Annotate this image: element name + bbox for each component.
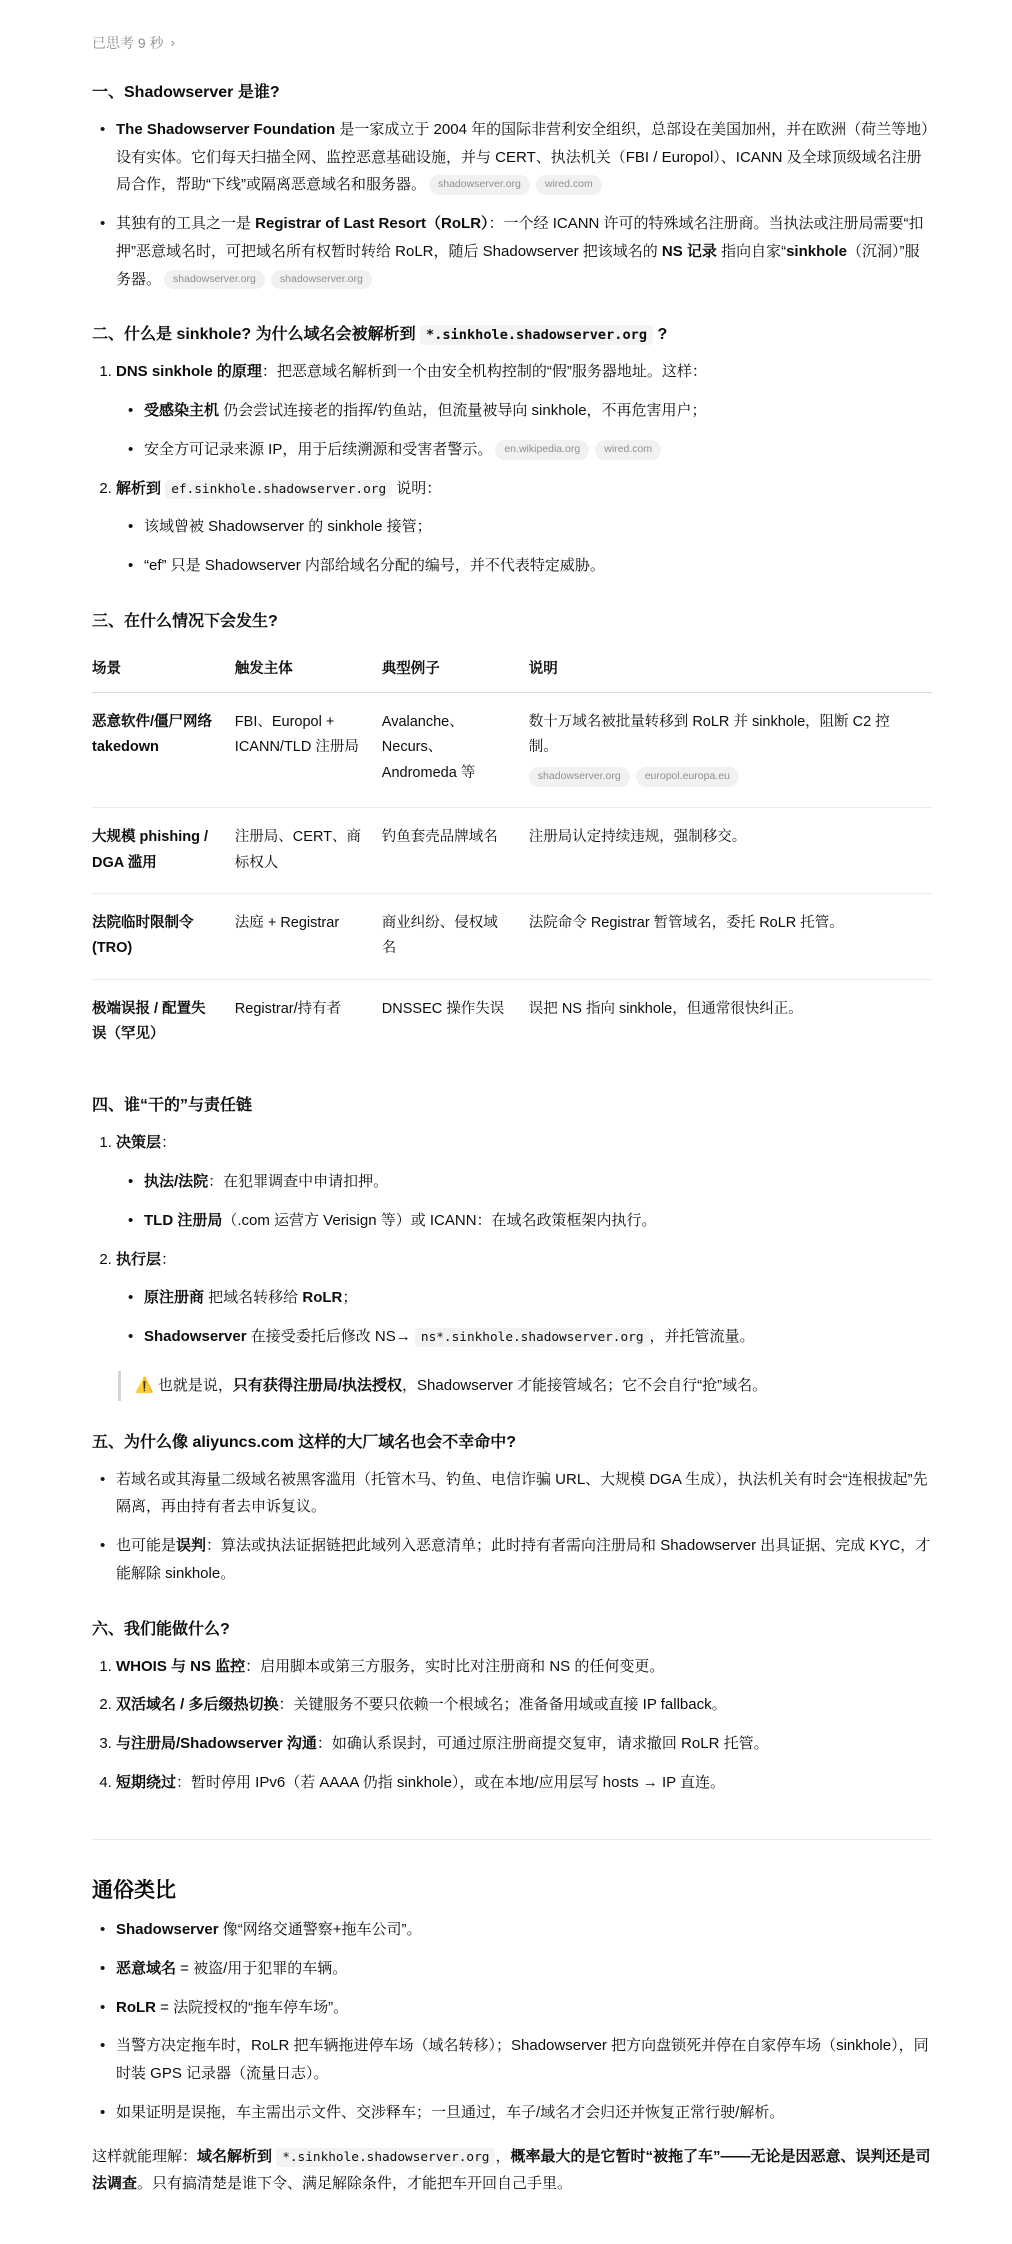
text-run: 把域名转移给 — [204, 1289, 302, 1306]
table-cell: 钓鱼套壳品牌域名 — [382, 808, 529, 894]
text-run: 该域曾被 Shadowserver 的 sinkhole 接管； — [144, 518, 432, 535]
list-item: The Shadowserver Foundation 是一家成立于 2004 … — [116, 116, 932, 199]
sub-list-item: 该域曾被 Shadowserver 的 sinkhole 接管； — [144, 513, 932, 541]
text-run: ，Shadowserver 才能接管域名；它不会自行“抢”域名。 — [402, 1377, 767, 1394]
thinking-label: 已思考 9 秒 — [92, 31, 164, 57]
text-run: 。只有搞清楚是谁下令、满足解除条件，才能把车开回自己手里。 — [137, 2175, 572, 2192]
text-run: ：如确认系误封，可通过原注册商提交复审，请求撤回 RoLR 托管。 — [317, 1735, 769, 1752]
text-run: 当警方决定拖车时，RoLR 把车辆拖进停车场（域名转移）；Shadowserve… — [116, 2037, 929, 2082]
bold-text: 误判 — [176, 1537, 206, 1554]
text-run: 法院命令 Registrar 暂管域名，委托 RoLR 托管。 — [529, 915, 844, 931]
text-run: ， — [495, 2148, 510, 2165]
text-run: ，并托管流量。 — [650, 1328, 755, 1345]
sub-list-item: “ef” 只是 Shadowserver 内部给域名分配的编号，并不代表特定威胁… — [144, 552, 932, 580]
text-run: ； — [342, 1289, 357, 1306]
bold-text: Shadowserver — [144, 1328, 247, 1345]
text-run: 钓鱼套壳品牌域名 — [382, 829, 498, 845]
text-run: 六、我们能做什么? — [92, 1621, 230, 1638]
text-run: ：把恶意域名解析到一个由安全机构控制的“假”服务器地址。这样： — [262, 363, 707, 380]
code-span: *.sinkhole.shadowserver.org — [420, 325, 653, 345]
bold-text: 决策层 — [116, 1134, 161, 1151]
list-item: 短期绕过：暂时停用 IPv6（若 AAAA 仍指 sinkhole），或在本地/… — [116, 1769, 932, 1797]
text-run: （.com 运营方 Verisign 等）或 ICANN：在域名政策框架内执行。 — [222, 1212, 656, 1229]
list-item: 解析到 ef.sinkhole.shadowserver.org 说明：该域曾被… — [116, 475, 932, 580]
bullet-list: 若域名或其海量二级域名被黑客滥用（托管木马、钓鱼、电信诈骗 URL、大规模 DG… — [92, 1466, 932, 1588]
sub-bullet-list: 受感染主机 仍会尝试连接老的指挥/钓鱼站，但流量被导向 sinkhole，不再危… — [116, 397, 932, 464]
table-cell: 极端误报 / 配置失误（罕见） — [92, 979, 235, 1064]
text-run: 法庭 + Registrar — [235, 915, 339, 931]
sub-list-item: 原注册商 把域名转移给 RoLR； — [144, 1284, 932, 1312]
bold-text: 域名解析到 — [197, 2148, 272, 2165]
text-run: Avalanche、Necurs、Andromeda 等 — [382, 714, 476, 781]
section-heading: 一、Shadowserver 是谁? — [92, 81, 932, 105]
text-run: DNSSEC 操作失误 — [382, 1001, 504, 1017]
citation-badge[interactable]: wired.com — [595, 440, 661, 460]
sub-bullet-list: 执法/法院：在犯罪调查中申请扣押。TLD 注册局（.com 运营方 Verisi… — [116, 1168, 932, 1235]
table-cell: DNSSEC 操作失误 — [382, 979, 529, 1064]
text-run: 若域名或其海量二级域名被黑客滥用（托管木马、钓鱼、电信诈骗 URL、大规模 DG… — [116, 1471, 928, 1516]
chevron-right-icon: › — [171, 31, 175, 55]
text-run: 二、什么是 sinkhole? 为什么域名会被解析到 — [92, 326, 420, 343]
table-cell: 数十万域名被批量转移到 RoLR 并 sinkhole，阻断 C2 控制。sha… — [529, 693, 932, 808]
table-row: 法院临时限制令 (TRO)法庭 + Registrar商业纠纷、侵权域名法院命令… — [92, 893, 932, 979]
divider — [92, 1839, 932, 1840]
text-run: ：算法或执法证据链把此域列入恶意清单；此时持有者需向注册局和 Shadowser… — [116, 1537, 930, 1582]
text-run: 如果证明是误拖，车主需出示文件、交涉释车；一旦通过，车子/域名才会归还并恢复正常… — [116, 2104, 784, 2121]
numbered-list: DNS sinkhole 的原理：把恶意域名解析到一个由安全机构控制的“假”服务… — [92, 358, 932, 580]
text-run: 误把 NS 指向 sinkhole，但通常很快纠正。 — [529, 1001, 803, 1017]
table-cell: 注册局、CERT、商标权人 — [235, 808, 382, 894]
table-cell: 法院临时限制令 (TRO) — [92, 893, 235, 979]
list-item: WHOIS 与 NS 监控：启用脚本或第三方服务，实时比对注册商和 NS 的任何… — [116, 1653, 932, 1681]
text-run: 安全方可记录来源 IP，用于后续溯源和受害者警示。 — [144, 441, 492, 458]
column-header: 典型例子 — [382, 650, 529, 693]
bold-text: 受感染主机 — [144, 402, 219, 419]
bold-text: RoLR — [302, 1289, 342, 1306]
text-run: 一、Shadowserver 是谁? — [92, 84, 280, 101]
text-run: ：暂时停用 IPv6（若 AAAA 仍指 sinkhole），或在本地/应用层写… — [176, 1774, 725, 1791]
bold-text: The Shadowserver Foundation — [116, 121, 335, 138]
table-row: 大规模 phishing / DGA 滥用注册局、CERT、商标权人钓鱼套壳品牌… — [92, 808, 932, 894]
bold-text: NS 记录 — [662, 243, 717, 260]
text-run: 商业纠纷、侵权域名 — [382, 915, 498, 956]
bold-text: 法院临时限制令 (TRO) — [92, 915, 194, 956]
table-cell: Registrar/持有者 — [235, 979, 382, 1064]
table-cell: Avalanche、Necurs、Andromeda 等 — [382, 693, 529, 808]
table-cell: 注册局认定持续违规，强制移交。 — [529, 808, 932, 894]
list-item: 决策层：执法/法院：在犯罪调查中申请扣押。TLD 注册局（.com 运营方 Ve… — [116, 1129, 932, 1234]
list-item: 当警方决定拖车时，RoLR 把车辆拖进停车场（域名转移）；Shadowserve… — [116, 2032, 932, 2088]
analogy-heading: 通俗类比 — [92, 1876, 932, 1905]
list-item: DNS sinkhole 的原理：把恶意域名解析到一个由安全机构控制的“假”服务… — [116, 358, 932, 463]
text-run: ? — [653, 326, 667, 343]
text-run: 五、为什么像 aliyuncs.com 这样的大厂域名也会不幸命中? — [92, 1434, 516, 1451]
sub-list-item: Shadowserver 在接受委托后修改 NS→ ns*.sinkhole.s… — [144, 1323, 932, 1351]
numbered-list: 决策层：执法/法院：在犯罪调查中申请扣押。TLD 注册局（.com 运营方 Ve… — [92, 1129, 932, 1400]
table-cell: 法庭 + Registrar — [235, 893, 382, 979]
text-run: = 被盗/用于犯罪的车辆。 — [176, 1960, 347, 1977]
bold-text: 极端误报 / 配置失误（罕见） — [92, 1001, 206, 1042]
citation-badge[interactable]: shadowserver.org — [429, 175, 530, 195]
bold-text: 恶意软件/僵尸网络 takedown — [92, 714, 212, 755]
sub-list-item: 安全方可记录来源 IP，用于后续溯源和受害者警示。en.wikipedia.or… — [144, 436, 932, 464]
bold-text: 双活域名 / 多后缀热切换 — [116, 1696, 279, 1713]
text-run: 数十万域名被批量转移到 RoLR 并 sinkhole，阻断 C2 控制。 — [529, 714, 890, 755]
bold-text: sinkhole — [786, 243, 847, 260]
table-cell: 大规模 phishing / DGA 滥用 — [92, 808, 235, 894]
text-run: 说明： — [392, 480, 441, 497]
column-header: 说明 — [529, 650, 932, 693]
bold-text: 短期绕过 — [116, 1774, 176, 1791]
code-span: ns*.sinkhole.shadowserver.org — [415, 1328, 650, 1347]
citation-badge[interactable]: shadowserver.org — [164, 270, 265, 290]
text-run: “ef” 只是 Shadowserver 内部给域名分配的编号，并不代表特定威胁… — [144, 557, 605, 574]
bold-text: 与注册局/Shadowserver 沟通 — [116, 1735, 317, 1752]
text-run: 也可能是 — [116, 1537, 176, 1554]
text-run: ：关键服务不要只依赖一个根域名；准备备用域或直接 IP fallback。 — [279, 1696, 727, 1713]
column-header: 触发主体 — [235, 650, 382, 693]
bold-text: 执行层 — [116, 1251, 161, 1268]
text-run: ： — [161, 1134, 176, 1151]
citation-badge[interactable]: shadowserver.org — [529, 767, 630, 787]
column-header: 场景 — [92, 650, 235, 693]
text-run: = 法院授权的“拖车停车场”。 — [156, 1999, 348, 2016]
thinking-toggle[interactable]: 已思考 9 秒 › — [92, 31, 175, 57]
list-item: 双活域名 / 多后缀热切换：关键服务不要只依赖一个根域名；准备备用域或直接 IP… — [116, 1691, 932, 1719]
closing-paragraph: 这样就能理解：域名解析到 *.sinkhole.shadowserver.org… — [92, 2143, 932, 2199]
citation-badge[interactable]: en.wikipedia.org — [495, 440, 589, 460]
text-run: FBI、Europol + ICANN/TLD 注册局 — [235, 714, 359, 755]
text-run: ：启用脚本或第三方服务，实时比对注册商和 NS 的任何变更。 — [245, 1658, 664, 1675]
sub-list-item: 受感染主机 仍会尝试连接老的指挥/钓鱼站，但流量被导向 sinkhole，不再危… — [144, 397, 932, 425]
bold-text: 只有获得注册局/执法授权 — [233, 1377, 402, 1394]
text-run: 仍会尝试连接老的指挥/钓鱼站，但流量被导向 sinkhole，不再危害用户； — [219, 402, 707, 419]
section-heading: 五、为什么像 aliyuncs.com 这样的大厂域名也会不幸命中? — [92, 1431, 932, 1455]
text-run: 这样就能理解： — [92, 2148, 197, 2165]
bold-text: Shadowserver — [116, 1921, 219, 1938]
list-item: 其独有的工具之一是 Registrar of Last Resort（RoLR）… — [116, 210, 932, 293]
text-run: 注册局认定持续违规，强制移交。 — [529, 829, 747, 845]
list-item: RoLR = 法院授权的“拖车停车场”。 — [116, 1994, 932, 2022]
sub-bullet-list: 该域曾被 Shadowserver 的 sinkhole 接管；“ef” 只是 … — [116, 513, 932, 580]
table-cell: FBI、Europol + ICANN/TLD 注册局 — [235, 693, 382, 808]
citation-badge[interactable]: europol.europa.eu — [636, 767, 739, 787]
bold-text: 恶意域名 — [116, 1960, 176, 1977]
table-row: 恶意软件/僵尸网络 takedownFBI、Europol + ICANN/TL… — [92, 693, 932, 808]
text-run: 在接受委托后修改 NS→ — [247, 1328, 415, 1345]
list-item: 恶意域名 = 被盗/用于犯罪的车辆。 — [116, 1955, 932, 1983]
table-cell: 恶意软件/僵尸网络 takedown — [92, 693, 235, 808]
bold-text: TLD 注册局 — [144, 1212, 222, 1229]
chat-message: 已思考 9 秒 › 一、Shadowserver 是谁?The Shadowse… — [0, 0, 1012, 2244]
sub-list-item: 执法/法院：在犯罪调查中申请扣押。 — [144, 1168, 932, 1196]
bold-text: 解析到 — [116, 480, 161, 497]
section-heading: 二、什么是 sinkhole? 为什么域名会被解析到 *.sinkhole.sh… — [92, 323, 932, 347]
sub-list-item: TLD 注册局（.com 运营方 Verisign 等）或 ICANN：在域名政… — [144, 1207, 932, 1235]
text-run: ：在犯罪调查中申请扣押。 — [208, 1173, 388, 1190]
text-run: Registrar/持有者 — [235, 1001, 341, 1017]
text-run: 四、谁“干的”与责任链 — [92, 1097, 252, 1114]
table-cell: 法院命令 Registrar 暂管域名，委托 RoLR 托管。 — [529, 893, 932, 979]
citation-badge[interactable]: shadowserver.org — [271, 270, 372, 290]
text-run: 其独有的工具之一是 — [116, 215, 255, 232]
text-run: 像“网络交通警察+拖车公司”。 — [219, 1921, 422, 1938]
bold-text: 执法/法院 — [144, 1173, 208, 1190]
section-heading: 四、谁“干的”与责任链 — [92, 1094, 932, 1118]
bold-text: RoLR — [116, 1999, 156, 2016]
bullet-list: Shadowserver 像“网络交通警察+拖车公司”。恶意域名 = 被盗/用于… — [92, 1916, 932, 2127]
table-cell: 误把 NS 指向 sinkhole，但通常很快纠正。 — [529, 979, 932, 1064]
numbered-list: WHOIS 与 NS 监控：启用脚本或第三方服务，实时比对注册商和 NS 的任何… — [92, 1653, 932, 1797]
list-item: Shadowserver 像“网络交通警察+拖车公司”。 — [116, 1916, 932, 1944]
list-item: 与注册局/Shadowserver 沟通：如确认系误封，可通过原注册商提交复审，… — [116, 1730, 932, 1758]
bold-text: 大规模 phishing / DGA 滥用 — [92, 829, 208, 870]
bold-text: Registrar of Last Resort（RoLR） — [255, 215, 488, 232]
section-heading: 三、在什么情况下会发生? — [92, 610, 932, 634]
text-run: 通俗类比 — [92, 1879, 176, 1902]
text-run: 三、在什么情况下会发生? — [92, 613, 278, 630]
scenario-table: 场景触发主体典型例子说明恶意软件/僵尸网络 takedownFBI、Europo… — [92, 650, 932, 1065]
code-span: *.sinkhole.shadowserver.org — [276, 2148, 495, 2167]
list-item: 如果证明是误拖，车主需出示文件、交涉释车；一旦通过，车子/域名才会归还并恢复正常… — [116, 2099, 932, 2127]
text-run: ： — [161, 1251, 176, 1268]
sub-bullet-list: 原注册商 把域名转移给 RoLR；Shadowserver 在接受委托后修改 N… — [116, 1284, 932, 1351]
list-item: 执行层：原注册商 把域名转移给 RoLR；Shadowserver 在接受委托后… — [116, 1246, 932, 1401]
bold-text: 原注册商 — [144, 1289, 204, 1306]
table-cell: 商业纠纷、侵权域名 — [382, 893, 529, 979]
section-heading: 六、我们能做什么? — [92, 1618, 932, 1642]
citation-badge[interactable]: wired.com — [536, 175, 602, 195]
list-item: 若域名或其海量二级域名被黑客滥用（托管木马、钓鱼、电信诈骗 URL、大规模 DG… — [116, 1466, 932, 1522]
text-run: 注册局、CERT、商标权人 — [235, 829, 361, 870]
table-row: 极端误报 / 配置失误（罕见）Registrar/持有者DNSSEC 操作失误误… — [92, 979, 932, 1064]
warning-icon: ⚠️ — [135, 1377, 154, 1394]
warning-note: ⚠️ 也就是说，只有获得注册局/执法授权，Shadowserver 才能接管域名… — [118, 1371, 932, 1401]
message-content: 一、Shadowserver 是谁?The Shadowserver Found… — [92, 81, 932, 2198]
bullet-list: The Shadowserver Foundation 是一家成立于 2004 … — [92, 116, 932, 294]
bold-text: DNS sinkhole 的原理 — [116, 363, 262, 380]
text-run: 也就是说， — [154, 1377, 233, 1394]
text-run: 指向自家“ — [717, 243, 786, 260]
code-span: ef.sinkhole.shadowserver.org — [165, 480, 392, 499]
bold-text: WHOIS 与 NS 监控 — [116, 1658, 245, 1675]
table-header-row: 场景触发主体典型例子说明 — [92, 650, 932, 693]
list-item: 也可能是误判：算法或执法证据链把此域列入恶意清单；此时持有者需向注册局和 Sha… — [116, 1532, 932, 1588]
